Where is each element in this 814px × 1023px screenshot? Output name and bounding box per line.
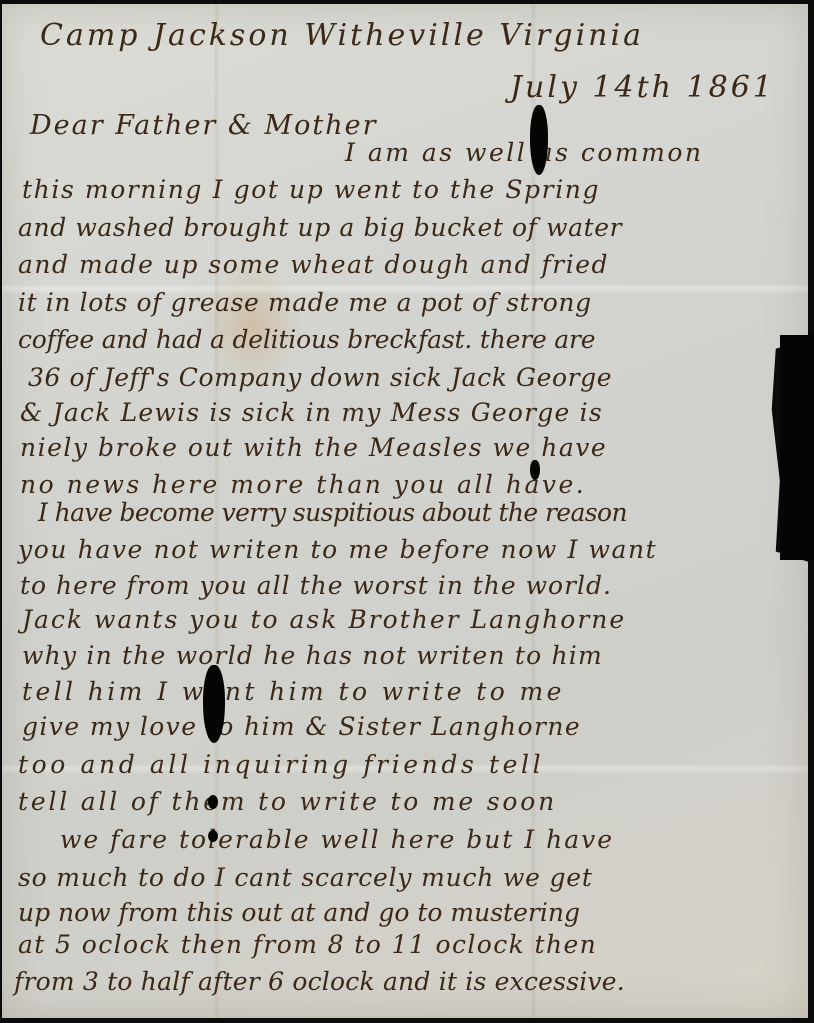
letter-line: why in the world he has not writen to hi… [22,641,603,670]
ink-blot [530,105,548,175]
letter-line: this morning I got up went to the Spring [22,175,600,204]
letter-line: so much to do I cant scarcely much we ge… [18,863,593,892]
letter-line: and washed brought up a big bucket of wa… [18,213,622,242]
letter-date: July 14th 1861 [510,70,775,105]
letter-salutation: Dear Father & Mother [30,110,378,141]
letter-line: we fare tolerable well here but I have [60,825,614,854]
letter-place: Camp Jackson Witheville Virginia [40,18,644,53]
letter-line: from 3 to half after 6 oclock and it is … [14,967,625,996]
ink-blot [530,460,540,480]
letter-line: no news here more than you all have. [20,470,586,499]
letter-line: tell him I want him to write to me [22,677,565,706]
letter-line: to here from you all the worst in the wo… [20,571,612,600]
letter-line: and made up some wheat dough and fried [18,250,609,279]
letter-line: 36 of Jeff's Company down sick Jack Geor… [28,363,612,392]
letter-line: you have not writen to me before now I w… [18,535,657,564]
letter-line: it in lots of grease made me a pot of st… [18,288,592,317]
letter-line: I am as well as common [345,138,704,167]
letter-line: too and all inquiring friends tell [18,750,544,779]
letter-line: niely broke out with the Measles we have [20,433,607,462]
letter-line: I have become verry suspitious about the… [38,498,627,527]
torn-edge [780,335,814,560]
ink-blot [208,830,218,842]
letter-line: & Jack Lewis is sick in my Mess George i… [20,398,603,427]
letter-line: Jack wants you to ask Brother Langhorne [22,605,626,634]
letter-line: tell all of them to write to me soon [18,787,557,816]
ink-blot [208,795,218,809]
ink-blot [203,665,225,743]
letter-line: at 5 oclock then from 8 to 11 oclock the… [18,930,597,959]
letter-line: give my love to him & Sister Langhorne [22,712,581,741]
letter-line: coffee and had a delitious breckfast. th… [18,325,595,354]
letter-line: up now from this out at and go to muster… [18,898,580,927]
